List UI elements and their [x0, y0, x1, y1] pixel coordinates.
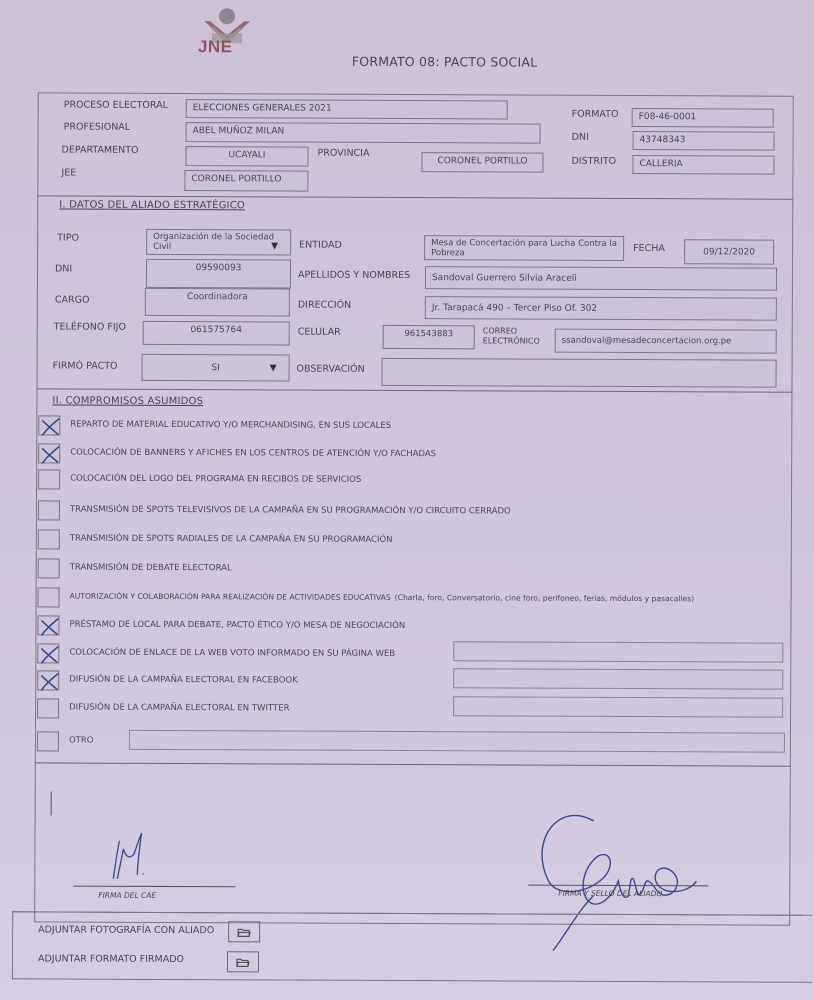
tipo-label: TIPO — [57, 233, 79, 244]
provincia-field[interactable]: CORONEL PORTILLO — [421, 152, 543, 173]
compromiso-label-text: AUTORIZACIÓN Y COLABORACIÓN PARA REALIZA… — [70, 592, 391, 602]
compromiso-row: COLOCACIÓN DE BANNERS Y AFICHES EN LOS C… — [38, 443, 798, 466]
logo-text: JNE — [198, 37, 233, 57]
direccion-label: DIRECCIÓN — [298, 300, 351, 311]
compromiso-label: COLOCACIÓN DE BANNERS Y AFICHES EN LOS C… — [70, 448, 436, 460]
compromiso-label: COLOCACIÓN DE ENLACE DE LA WEB VOTO INFO… — [69, 648, 395, 659]
celular-label: CELULAR — [298, 327, 341, 338]
proceso-electoral-label: PROCESO ELECTORAL — [64, 100, 168, 111]
compromiso-detail-field[interactable] — [453, 696, 783, 717]
cae-signature-label: FIRMA DEL CAE — [98, 891, 156, 900]
fecha-label: FECHA — [633, 243, 665, 254]
dropdown-arrow-icon: ▼ — [271, 241, 278, 251]
compromiso-label: PRÉSTAMO DE LOCAL PARA DEBATE, PACTO ÉTI… — [69, 620, 405, 631]
compromiso-label: COLOCACIÓN DEL LOGO DEL PROGRAMA EN RECI… — [70, 474, 361, 485]
folder-open-icon — [236, 957, 250, 967]
observacion-label: OBSERVACIÓN — [297, 364, 365, 375]
compromiso-row: TRANSMISIÓN DE DEBATE ELECTORAL — [38, 558, 798, 581]
compromiso-label-text: OTRO — [69, 736, 94, 746]
compromiso-label: OTRO — [69, 736, 94, 746]
formato-field[interactable]: F08-46-0001 — [632, 108, 774, 128]
distrito-field[interactable]: CALLERIA — [632, 155, 774, 175]
jee-label: JEE — [61, 168, 76, 179]
proceso-electoral-field[interactable]: ELECCIONES GENERALES 2021 — [186, 99, 508, 119]
dni-field[interactable]: 43748343 — [633, 131, 775, 151]
observacion-field[interactable] — [381, 358, 776, 388]
compromiso-label-text: COLOCACIÓN DEL LOGO DEL PROGRAMA EN RECI… — [70, 474, 361, 485]
entidad-label: ENTIDAD — [299, 240, 342, 251]
handwritten-x-mark-icon — [39, 416, 61, 436]
compromiso-row: TRANSMISIÓN DE SPOTS RADIALES DE LA CAMP… — [38, 529, 798, 552]
correo-field[interactable]: ssandoval@mesadeconcertacion.org.pe — [555, 329, 777, 354]
compromiso-row: AUTORIZACIÓN Y COLABORACIÓN PARA REALIZA… — [38, 587, 798, 610]
handwritten-x-mark-icon — [38, 671, 60, 691]
compromiso-checkbox[interactable] — [38, 415, 60, 435]
jee-field[interactable]: CORONEL PORTILLO — [184, 170, 308, 192]
compromiso-label: TRANSMISIÓN DE SPOTS RADIALES DE LA CAMP… — [70, 534, 393, 545]
celular-field[interactable]: 961543883 — [383, 325, 475, 349]
form-page: JNE FORMATO 08: PACTO SOCIAL PROCESO ELE… — [0, 0, 814, 1000]
compromiso-checkbox[interactable] — [38, 500, 60, 520]
compromisos-section-title: II. COMPROMISOS ASUMIDOS — [52, 395, 203, 407]
departamento-label: DEPARTAMENTO — [61, 145, 138, 156]
telefono-label: TELÉFONO FIJO — [54, 321, 126, 332]
aliado-section-title: I. DATOS DEL ALIADO ESTRATÉGICO — [59, 200, 245, 212]
adjuntar-foto-label: ADJUNTAR FOTOGRAFÍA CON ALIADO — [38, 924, 214, 936]
cargo-field[interactable]: Coordinadora — [145, 288, 290, 317]
compromiso-detail-field[interactable] — [129, 730, 785, 753]
formato-label: FORMATO — [572, 109, 619, 120]
distrito-label: DISTRITO — [571, 156, 616, 167]
compromiso-checkbox[interactable] — [37, 698, 59, 718]
compromiso-label: AUTORIZACIÓN Y COLABORACIÓN PARA REALIZA… — [70, 592, 695, 604]
compromiso-label-text: DIFUSIÓN DE LA CAMPAÑA ELECTORAL EN FACE… — [69, 675, 298, 686]
compromiso-label-text: PRÉSTAMO DE LOCAL PARA DEBATE, PACTO ÉTI… — [69, 620, 405, 631]
cae-signature — [93, 829, 153, 889]
compromiso-checkbox[interactable] — [38, 558, 60, 578]
handwritten-x-mark-icon — [38, 616, 60, 636]
compromiso-checkbox[interactable] — [38, 587, 60, 607]
aliado-dni-field[interactable]: 09590093 — [146, 259, 291, 289]
folder-open-icon — [237, 927, 251, 937]
firmo-pacto-select[interactable]: SI ▼ — [142, 354, 290, 382]
dni-label: DNI — [572, 132, 589, 143]
compromiso-label-text: DIFUSIÓN DE LA CAMPAÑA ELECTORAL EN TWIT… — [69, 703, 289, 714]
compromiso-row: TRANSMISIÓN DE SPOTS TELEVISIVOS DE LA C… — [38, 500, 798, 523]
page-title: FORMATO 08: PACTO SOCIAL — [352, 54, 537, 70]
apellidos-label: APELLIDOS Y NOMBRES — [298, 270, 410, 281]
departamento-field[interactable]: UCAYALI — [185, 146, 308, 167]
dropdown-arrow-icon: ▼ — [270, 363, 277, 373]
compromisos-list: REPARTO DE MATERIAL EDUCATIVO Y/O MERCHA… — [2, 0, 814, 2]
correo-label-line1: CORREO — [483, 326, 517, 335]
compromiso-checkbox[interactable] — [38, 529, 60, 549]
tipo-select[interactable]: Organización de la Sociedad Civil ▼ — [146, 229, 291, 256]
entidad-field[interactable]: Mesa de Concertación para Lucha Contra l… — [424, 235, 624, 261]
cargo-label: CARGO — [55, 294, 90, 305]
compromiso-label-text: TRANSMISIÓN DE SPOTS TELEVISIVOS DE LA C… — [70, 505, 511, 517]
compromiso-label-text: COLOCACIÓN DE BANNERS Y AFICHES EN LOS C… — [70, 448, 436, 460]
firmo-pacto-value: SI — [211, 363, 219, 373]
correo-label: CORREO ELECTRÓNICO — [483, 326, 540, 346]
compromiso-checkbox[interactable] — [38, 443, 60, 463]
handwritten-x-mark-icon — [38, 644, 60, 664]
adjuntar-formato-label: ADJUNTAR FORMATO FIRMADO — [38, 953, 184, 965]
compromiso-row: REPARTO DE MATERIAL EDUCATIVO Y/O MERCHA… — [38, 415, 798, 438]
handwritten-x-mark-icon — [39, 444, 61, 464]
compromiso-label-text: REPARTO DE MATERIAL EDUCATIVO Y/O MERCHA… — [70, 420, 391, 431]
correo-label-line2: ELECTRÓNICO — [483, 336, 540, 345]
compromiso-detail-field[interactable] — [453, 641, 783, 662]
compromiso-label-text: COLOCACIÓN DE ENLACE DE LA WEB VOTO INFO… — [69, 648, 395, 659]
aliado-signature-label: FIRMA Y SELLO DEL ALIADO — [558, 889, 662, 898]
adjuntar-foto-button[interactable] — [228, 921, 260, 942]
compromiso-checkbox[interactable] — [37, 615, 59, 635]
compromiso-label: TRANSMISIÓN DE SPOTS TELEVISIVOS DE LA C… — [70, 505, 511, 517]
profesional-label: PROFESIONAL — [64, 122, 131, 133]
compromiso-row: COLOCACIÓN DEL LOGO DEL PROGRAMA EN RECI… — [38, 469, 798, 492]
tipo-value: Organización de la Sociedad Civil — [153, 232, 274, 252]
compromiso-checkbox[interactable] — [38, 469, 60, 489]
attachments-box — [12, 911, 812, 982]
compromiso-label: DIFUSIÓN DE LA CAMPAÑA ELECTORAL EN FACE… — [69, 675, 298, 686]
adjuntar-formato-button[interactable] — [227, 951, 259, 972]
profesional-field[interactable]: ABEL MUÑOZ MILAN — [186, 122, 541, 144]
direccion-field[interactable]: Jr. Tarapacá 490 – Tercer Piso Of. 302 — [425, 296, 777, 321]
provincia-label: PROVINCIA — [317, 148, 369, 159]
compromiso-row: PRÉSTAMO DE LOCAL PARA DEBATE, PACTO ÉTI… — [37, 615, 797, 638]
compromiso-label-text: TRANSMISIÓN DE DEBATE ELECTORAL — [70, 563, 232, 574]
compromiso-checkbox[interactable] — [37, 643, 59, 663]
compromiso-label-text: TRANSMISIÓN DE SPOTS RADIALES DE LA CAMP… — [70, 534, 393, 545]
compromiso-label-suffix: (Charla, foro, Conversatorio, cine foro,… — [395, 593, 695, 603]
compromiso-label: DIFUSIÓN DE LA CAMPAÑA ELECTORAL EN TWIT… — [69, 703, 289, 714]
fecha-field[interactable]: 09/12/2020 — [684, 239, 774, 264]
telefono-field[interactable]: 061575764 — [143, 321, 290, 346]
compromiso-detail-field[interactable] — [453, 668, 783, 689]
firmo-pacto-label: FIRMÓ PACTO — [53, 360, 118, 371]
compromiso-label: REPARTO DE MATERIAL EDUCATIVO Y/O MERCHA… — [70, 420, 391, 431]
compromiso-label: TRANSMISIÓN DE DEBATE ELECTORAL — [70, 563, 232, 574]
apellidos-field[interactable]: Sandoval Guerrero Silvia Araceli — [425, 266, 777, 291]
text-cursor — [51, 791, 52, 815]
compromiso-checkbox[interactable] — [37, 731, 59, 751]
aliado-dni-label: DNI — [55, 263, 72, 274]
compromiso-checkbox[interactable] — [37, 670, 59, 690]
